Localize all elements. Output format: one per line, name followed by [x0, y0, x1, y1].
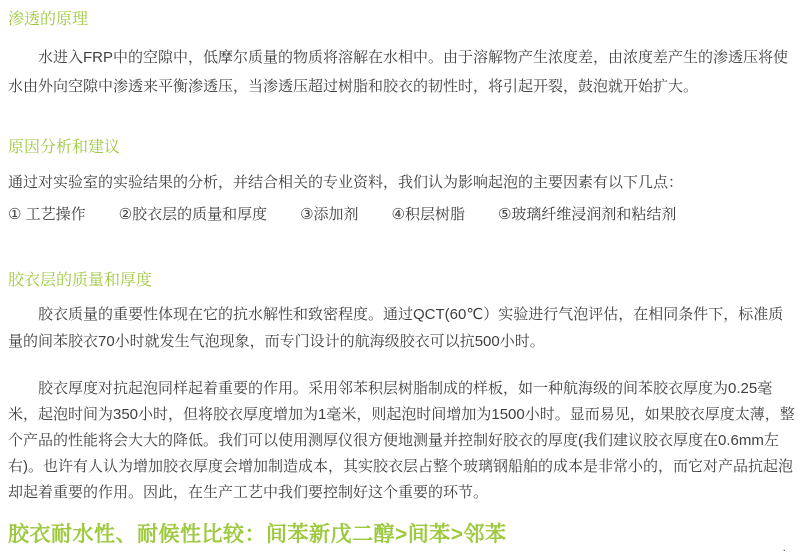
stray-period-mark: . — [783, 542, 786, 552]
factor-item-glass-fiber-sizing-binder: ⑤玻璃纤维浸润剂和粘结剂 — [498, 200, 676, 230]
section-heading-cause-analysis: 原因分析和建议 — [8, 138, 796, 158]
factor-item-additives: ③添加剂 — [300, 200, 358, 230]
document-page: 渗透的原理 水进入FRP中的空隙中，低摩尔质量的物质将溶解在水相中。由于溶解物产… — [0, 0, 804, 554]
paragraph-osmosis-principle: 水进入FRP中的空隙中，低摩尔质量的物质将溶解在水相中。由于溶解物产生浓度差，由… — [8, 43, 796, 101]
paragraph-gelcoat-quality: 胶衣质量的重要性体现在它的抗水解性和致密程度。通过QCT(60℃）实验进行气泡评… — [8, 301, 796, 355]
factor-item-laminate-resin: ④积层树脂 — [392, 200, 465, 230]
factor-item-gelcoat-quality-thickness: ②胶衣层的质量和厚度 — [119, 200, 267, 230]
footer-heading-water-weather-resistance-comparison: 胶衣耐水性、耐候性比较：间苯新戊二醇>间苯>邻苯 — [8, 522, 796, 548]
paragraph-gelcoat-thickness: 胶衣厚度对抗起泡同样起着重要的作用。采用邻苯积层树脂制成的样板，如一种航海级的间… — [8, 376, 796, 506]
factor-item-process-operation: ① 工艺操作 — [8, 200, 86, 230]
factors-list: ① 工艺操作 ②胶衣层的质量和厚度 ③添加剂 ④积层树脂 ⑤玻璃纤维浸润剂和粘结… — [8, 200, 796, 230]
section-heading-osmosis-principle: 渗透的原理 — [8, 10, 796, 30]
paragraph-cause-analysis-intro: 通过对实验室的实验结果的分析，并结合相关的专业资料，我们认为影响起泡的主要因素有… — [8, 168, 796, 197]
section-heading-gelcoat-quality-thickness: 胶衣层的质量和厚度 — [8, 271, 796, 291]
